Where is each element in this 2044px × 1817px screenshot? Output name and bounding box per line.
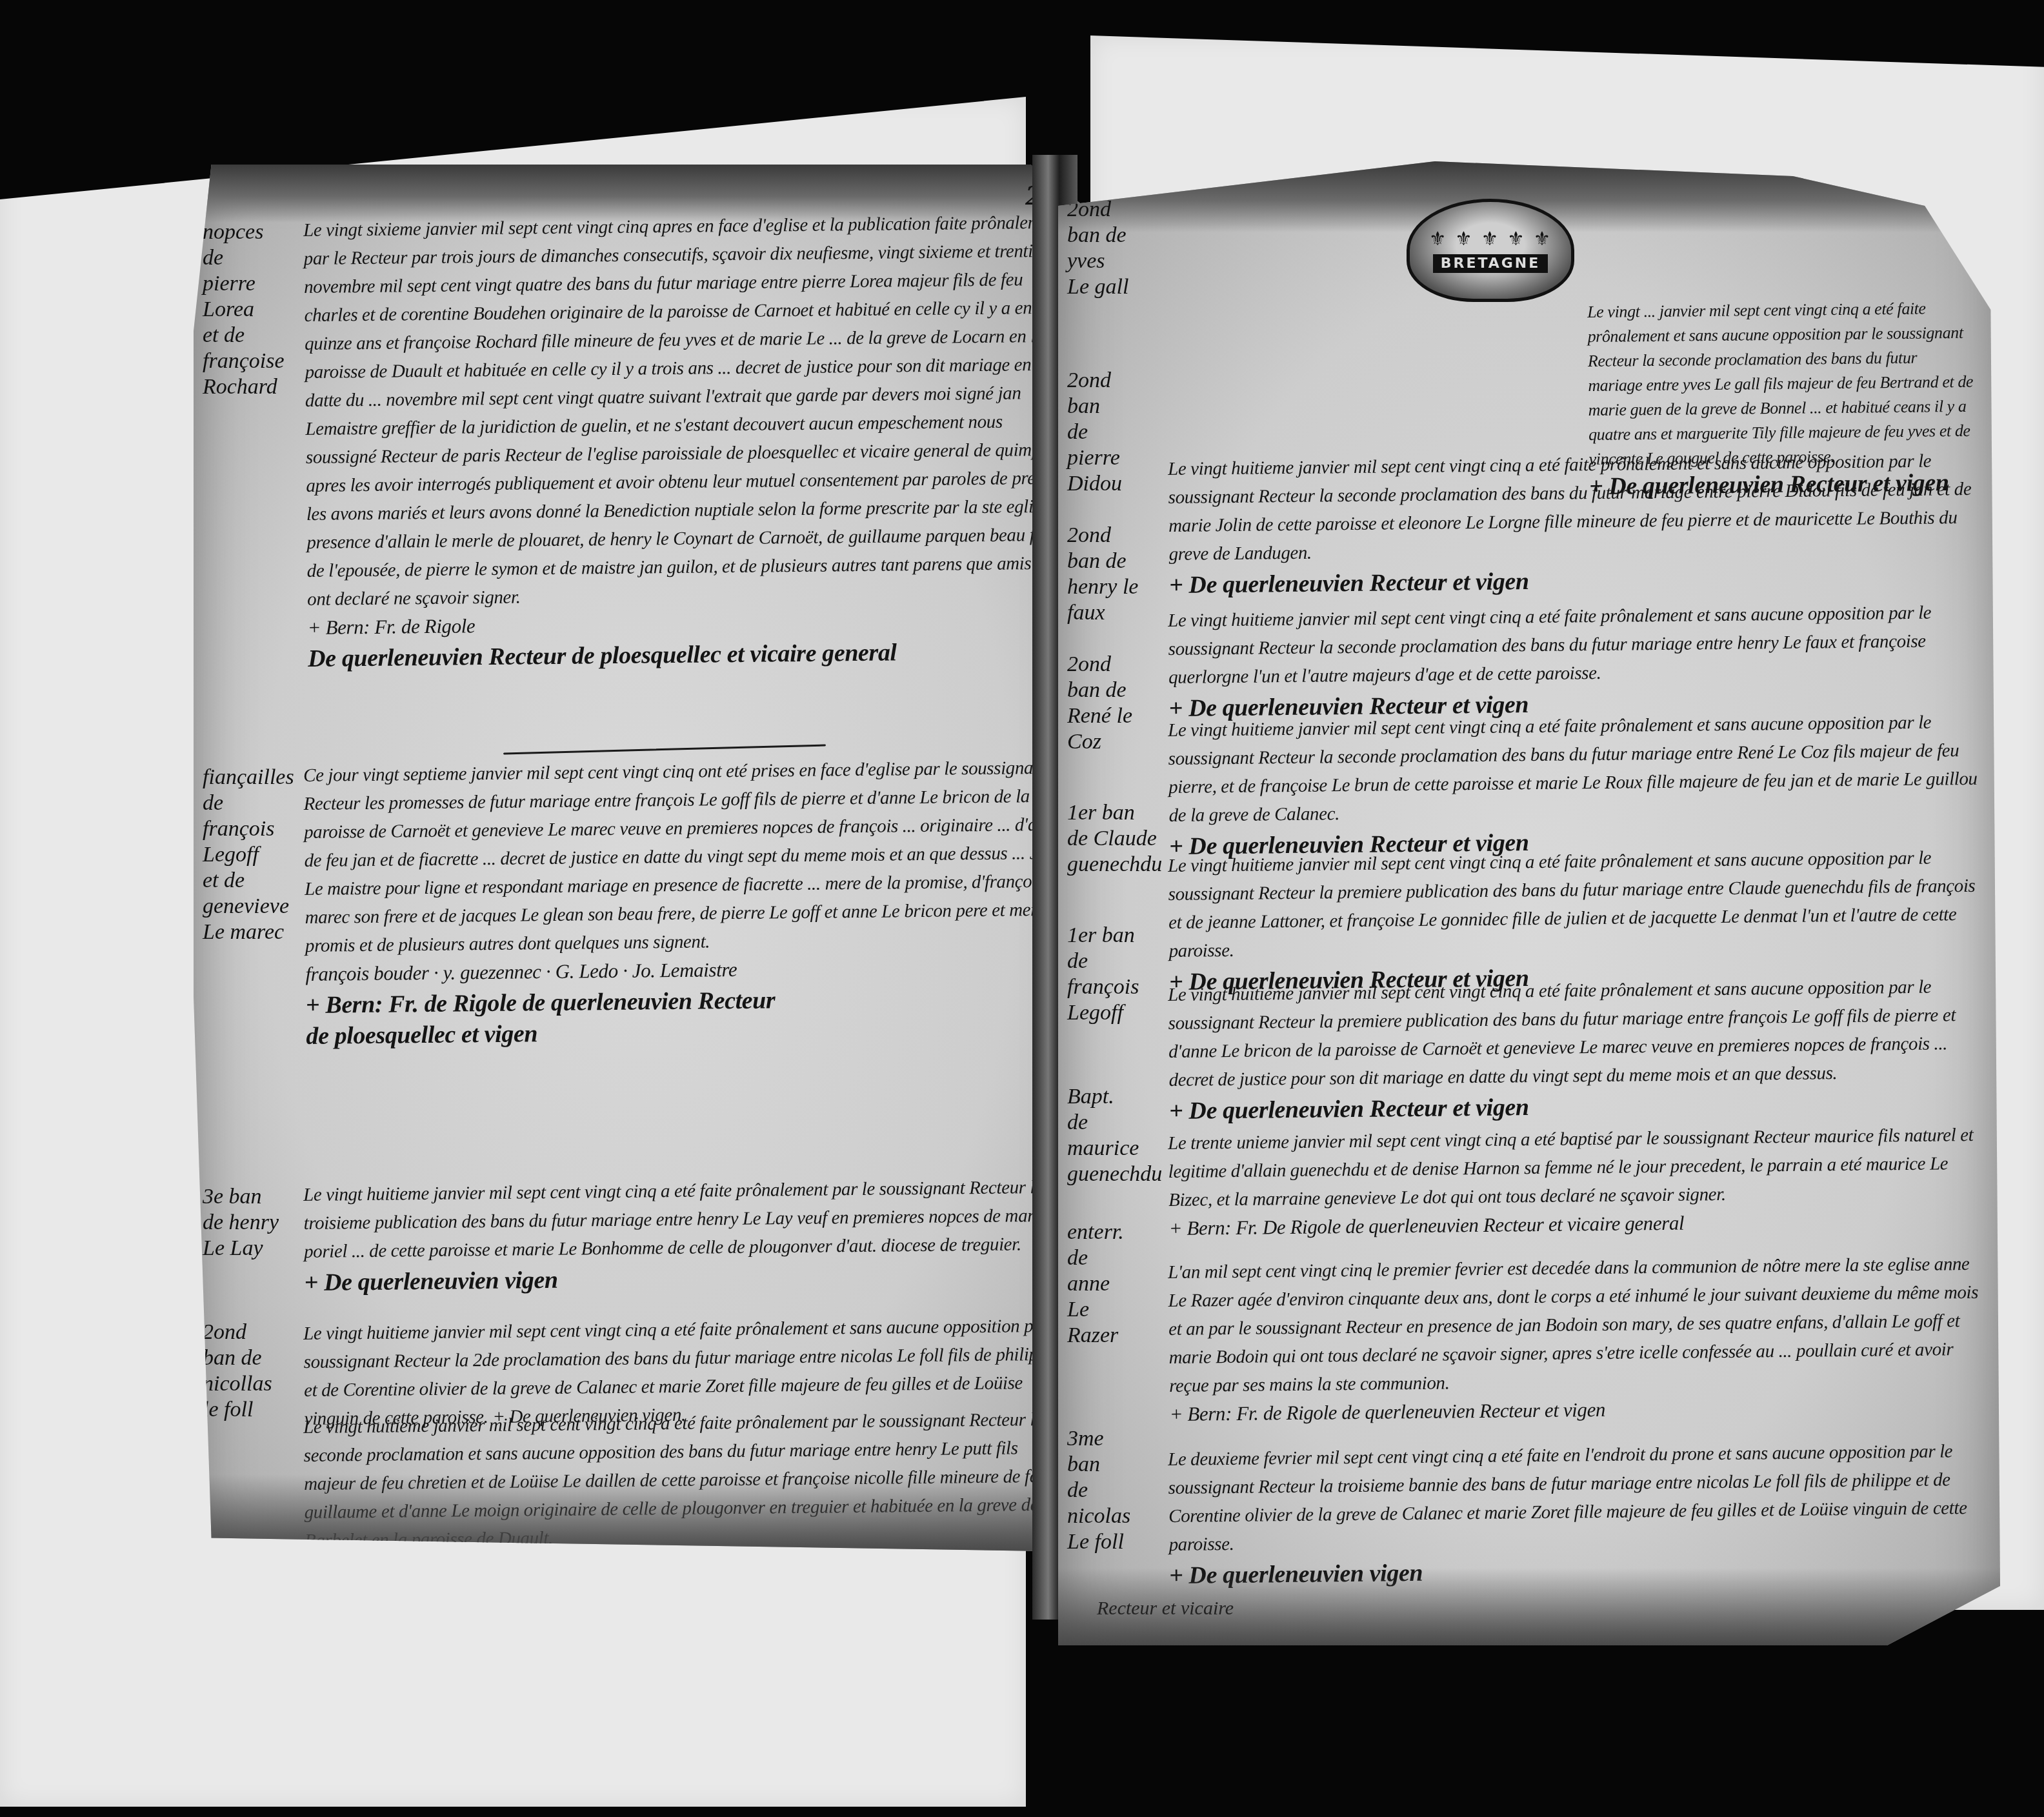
signature: + De querleneuvien Recteur et vigen: [1169, 1089, 1986, 1125]
entry-text: Le vingt huitieme janvier mil sept cent …: [1168, 712, 1978, 826]
entry-text: Le vingt ... janvier mil sept cent vingt…: [1587, 299, 1973, 468]
margin-line: fiançailles: [203, 765, 299, 790]
margin-line: ban: [1067, 394, 1164, 419]
signature: + De querleneuvien Recteur et vigen: [1169, 563, 1986, 599]
margin-line: guenechdu: [1067, 852, 1164, 878]
margin-line: ban de: [1067, 548, 1164, 574]
margin-note-bapteme-maurice: Bapt. de maurice guenechdu: [1067, 1084, 1164, 1187]
margin-line: de: [1067, 1478, 1164, 1503]
margin-line: Legoff: [203, 842, 299, 868]
margin-line: Bapt.: [1067, 1084, 1164, 1110]
signature: + Bern: Fr. De Rigole de querleneuvien R…: [1168, 1206, 1985, 1243]
margin-line: de: [203, 245, 299, 271]
margin-line: Le gall: [1067, 274, 1164, 300]
margin-line: Didou: [1067, 471, 1164, 497]
entry-text: Le vingt sixieme janvier mil sept cent v…: [303, 212, 1070, 610]
margin-line: ban de: [203, 1345, 299, 1371]
margin-note-ban-le-faux: 2ond ban de henry le faux: [1067, 523, 1164, 626]
entry-text: Le vingt huitieme janvier mil sept cent …: [1168, 977, 1956, 1090]
entry-3e-ban-le-lay: Le vingt huitieme janvier mil sept cent …: [303, 1173, 1070, 1297]
margin-note-enterrement-le-razer: enterr. de anne Le Razer: [1067, 1220, 1164, 1349]
entry-text: Le deuxieme fevrier mil sept cent vingt …: [1168, 1441, 1967, 1555]
entry-text: L'an mil sept cent vingt cinq le premier…: [1168, 1254, 1978, 1396]
margin-line: de henry: [203, 1210, 299, 1236]
witness-signature: G. Ledo: [555, 959, 617, 983]
entry-bapteme-maurice: Le trente unieme janvier mil sept cent v…: [1168, 1121, 1986, 1243]
margin-line: René le: [1067, 703, 1164, 729]
witness-signature: Jo. Lemaistre: [632, 958, 737, 982]
margin-line: et de: [203, 323, 299, 348]
margin-line: 2ond: [203, 1320, 299, 1345]
entry-3me-ban-le-foll: Le deuxieme fevrier mil sept cent vingt …: [1168, 1437, 1986, 1590]
margin-line: Legoff: [1067, 1000, 1164, 1026]
margin-note-3me-ban-le-foll: 3me ban de nicolas Le foll: [1067, 1426, 1164, 1555]
entry-ban-legoff: Le vingt huitieme janvier mil sept cent …: [1168, 972, 1986, 1125]
signature: de ploesquellec et vigen: [306, 1014, 1071, 1050]
entry-ban-le-faux: Le vingt huitieme janvier mil sept cent …: [1168, 598, 1986, 723]
margin-note-ban-guenechdu: 1er ban de Claude guenechdu: [1067, 800, 1164, 878]
margin-line: Le marec: [203, 919, 299, 945]
margin-note-fiancailles-legoff: fiançailles de françois Legoff et de gen…: [203, 765, 299, 945]
margin-line: maurice: [1067, 1136, 1164, 1161]
entry-text: Le vingt huitieme janvier mil sept cent …: [1168, 848, 1976, 961]
margin-line: nicollas: [203, 1371, 299, 1397]
margin-line: ban de: [1067, 678, 1164, 703]
entry-marriage-lorea-rochard: Le vingt sixieme janvier mil sept cent v…: [303, 208, 1073, 673]
signature: + Bern: Fr. de Rigole de querleneuvien R…: [306, 983, 1071, 1019]
register-page-left: 21 nopces de pierre Lorea et de françois…: [194, 165, 1084, 1552]
margin-line: Le Lay: [203, 1236, 299, 1261]
signature: + Bern: Fr. de Rigole de querleneuvien R…: [1169, 1392, 1986, 1429]
margin-line: 1er ban: [1067, 800, 1164, 826]
register-page-right: ⚜ ⚜ ⚜ ⚜ ⚜ BRETAGNE 2ond ban de yves Le g…: [1058, 161, 2000, 1645]
witness-signature: y. guezennec: [443, 960, 541, 984]
margin-line: nicolas: [1067, 1503, 1164, 1529]
margin-line: françoise: [203, 348, 299, 374]
margin-line: Le foll: [1067, 1529, 1164, 1555]
margin-line: de françois: [1067, 949, 1164, 1000]
separator-rule: [503, 744, 826, 754]
margin-line: 3e ban: [203, 1184, 299, 1210]
margin-line: pierre: [203, 271, 299, 297]
margin-line: françois: [203, 816, 299, 842]
margin-line: de: [203, 790, 299, 816]
margin-line: 2ond: [1067, 652, 1164, 678]
entry-fiancailles-legoff-lemarec: Ce jour vingt septieme janvier mil sept …: [303, 754, 1072, 1050]
margin-line: de Claude: [1067, 826, 1164, 852]
margin-line: de: [1067, 1110, 1164, 1136]
margin-line: anne: [1067, 1271, 1164, 1297]
entry-enterrement-le-razer: L'an mil sept cent vingt cinq le premier…: [1168, 1250, 1987, 1429]
signature: + De querleneuvien vigen: [304, 1261, 1069, 1297]
margin-note-ban-didou: 2ond ban de pierre Didou: [1067, 368, 1164, 497]
margin-line: 2ond: [1067, 197, 1164, 223]
margin-line: 1er ban: [1067, 923, 1164, 949]
margin-line: faux: [1067, 600, 1164, 626]
entry-ban-didou: Le vingt huitieme janvier mil sept cent …: [1168, 447, 1986, 599]
bretagne-fiscal-stamp: ⚜ ⚜ ⚜ ⚜ ⚜ BRETAGNE: [1407, 199, 1574, 302]
margin-line: de: [1067, 419, 1164, 445]
margin-note-ban-le-gall: 2ond ban de yves Le gall: [1067, 197, 1164, 300]
margin-line: de: [1067, 1245, 1164, 1271]
signature: + Bern: Fr. de Rigole: [307, 606, 1072, 642]
ermine-fleur-icon: ⚜ ⚜ ⚜ ⚜ ⚜: [1429, 228, 1552, 250]
margin-line: Coz: [1067, 729, 1164, 755]
margin-line: Lorea: [203, 297, 299, 323]
margin-line: et de: [203, 868, 299, 894]
margin-line: yves: [1067, 248, 1164, 274]
footer-fragment: Recteur et vicaire: [1097, 1598, 1234, 1620]
margin-line: genevieve: [203, 894, 299, 919]
margin-line: Rochard: [203, 374, 299, 400]
signature: De querleneuvien Recteur de ploesquellec…: [308, 637, 1073, 673]
stamp-label: BRETAGNE: [1433, 254, 1548, 273]
margin-line: Razer: [1067, 1323, 1164, 1349]
margin-note-ban-legoff: 1er ban de françois Legoff: [1067, 923, 1164, 1026]
margin-line: enterr.: [1067, 1220, 1164, 1245]
entry-ban-le-coz: Le vingt huitieme janvier mil sept cent …: [1168, 708, 1986, 861]
margin-note-2ond-ban-le-foll: 2ond ban de nicollas le foll: [203, 1320, 299, 1423]
entry-text: Le vingt huitieme janvier mil sept cent …: [1168, 603, 1931, 688]
margin-line: 2ond: [1067, 368, 1164, 394]
margin-line: ban de: [1067, 223, 1164, 248]
witness-signature: françois bouder: [305, 961, 429, 985]
margin-line: pierre: [1067, 445, 1164, 471]
margin-note-nopces-lorea: nopces de pierre Lorea et de françoise R…: [203, 219, 299, 400]
margin-line: 2ond: [1067, 523, 1164, 548]
margin-line: ban: [1067, 1452, 1164, 1478]
margin-line: nopces: [203, 219, 299, 245]
entry-text: Le trente unieme janvier mil sept cent v…: [1168, 1125, 1973, 1210]
margin-note-3e-ban-le-lay: 3e ban de henry Le Lay: [203, 1184, 299, 1261]
witness-signatures: françois bouder · y. guezennec · G. Ledo…: [305, 952, 1070, 989]
margin-line: guenechdu: [1067, 1161, 1164, 1187]
margin-line: Le: [1067, 1297, 1164, 1323]
entry-text: Le vingt huitieme janvier mil sept cent …: [303, 1177, 1047, 1262]
margin-line: henry le: [1067, 574, 1164, 600]
entry-text: Ce jour vingt septieme janvier mil sept …: [303, 758, 1068, 956]
margin-line: 3me: [1067, 1426, 1164, 1452]
margin-note-ban-le-coz: 2ond ban de René le Coz: [1067, 652, 1164, 755]
entry-text: Le vingt huitieme janvier mil sept cent …: [1168, 451, 1971, 565]
margin-line: le foll: [203, 1397, 299, 1423]
